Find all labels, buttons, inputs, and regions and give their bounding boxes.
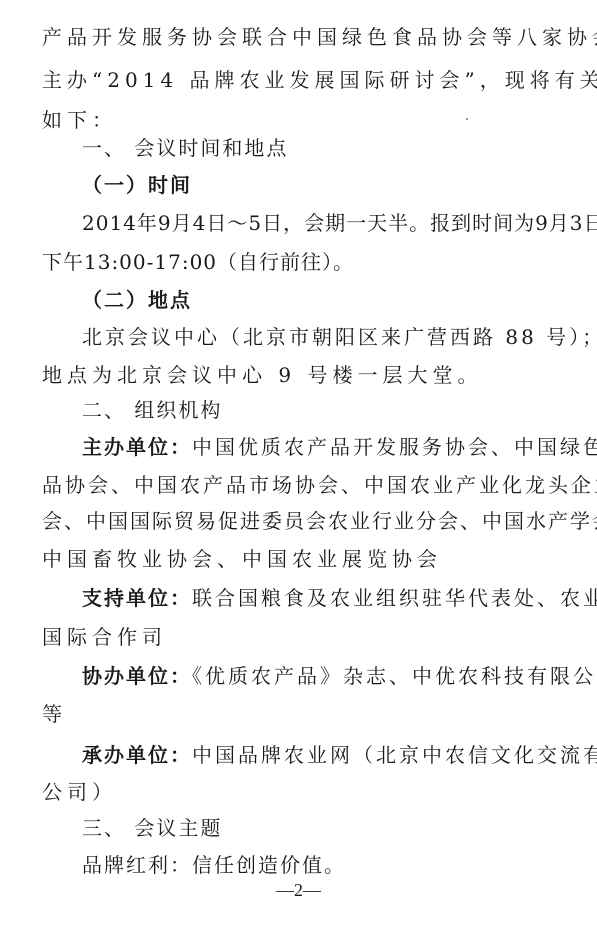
co-organizers-text-1: 《优质农产品》杂志、中优农科技有限公司	[192, 664, 597, 688]
scan-speck	[466, 118, 468, 120]
organizers-line-2: 品协会、中国农产品市场协会、中国农业产业化龙头企业协	[42, 473, 562, 497]
supporters-line-1: 支持单位：联合国粮食及农业组织驻华代表处、农业部	[82, 586, 597, 610]
undertaker-line-1: 承办单位：中国品牌农业网（北京中农信文化交流有限	[82, 743, 597, 767]
intro-line-3: 如下：	[42, 108, 562, 132]
section-1-heading: 一、 会议时间和地点	[82, 136, 597, 160]
undertaker-label: 承办单位：	[82, 743, 192, 767]
organizers-line-4: 中国畜牧业协会、中国农业展览协会	[42, 547, 562, 571]
page-number: —2—	[0, 880, 597, 901]
supporters-label: 支持单位：	[82, 586, 192, 610]
organizers-line-1: 主办单位：中国优质农产品开发服务协会、中国绿色食	[82, 435, 597, 459]
organizers-label: 主办单位：	[82, 435, 192, 459]
organizers-text-1: 中国优质农产品开发服务协会、中国绿色食	[192, 435, 597, 459]
location-subheading: （二）地点	[82, 288, 597, 312]
section-2-heading: 二、 组织机构	[82, 398, 597, 422]
undertaker-text-1: 中国品牌农业网（北京中农信文化交流有限	[192, 743, 597, 767]
time-line-1: 2014年9月4日～5日，会期一天半。报到时间为9月3日	[82, 211, 597, 235]
undertaker-line-2: 公司）	[42, 780, 562, 804]
location-line-1: 北京会议中心（北京市朝阳区来广营西路 88 号）；报到	[82, 325, 597, 349]
time-line-2: 下午13:00-17:00（自行前往）。	[42, 250, 562, 274]
time-subheading: （一）时间	[82, 173, 597, 197]
supporters-text-1: 联合国粮食及农业组织驻华代表处、农业部	[192, 586, 597, 610]
intro-line-1: 产品开发服务协会联合中国绿色食品协会等八家协会共同	[42, 25, 562, 49]
intro-line-2: 主办“2014 品牌农业发展国际研讨会”，现将有关事项通知	[42, 68, 562, 92]
organizers-line-3: 会、中国国际贸易促进委员会农业行业分会、中国水产学会、	[42, 509, 562, 533]
co-organizers-line-1: 协办单位：《优质农产品》杂志、中优农科技有限公司	[82, 664, 597, 688]
location-line-2: 地点为北京会议中心 9 号楼一层大堂。	[42, 363, 562, 387]
supporters-line-2: 国际合作司	[42, 625, 562, 649]
theme-text: 品牌红利：信任创造价值。	[82, 853, 597, 877]
section-3-heading: 三、 会议主题	[82, 816, 597, 840]
co-organizers-line-2: 等	[42, 702, 562, 726]
co-organizers-label: 协办单位：	[82, 664, 192, 688]
